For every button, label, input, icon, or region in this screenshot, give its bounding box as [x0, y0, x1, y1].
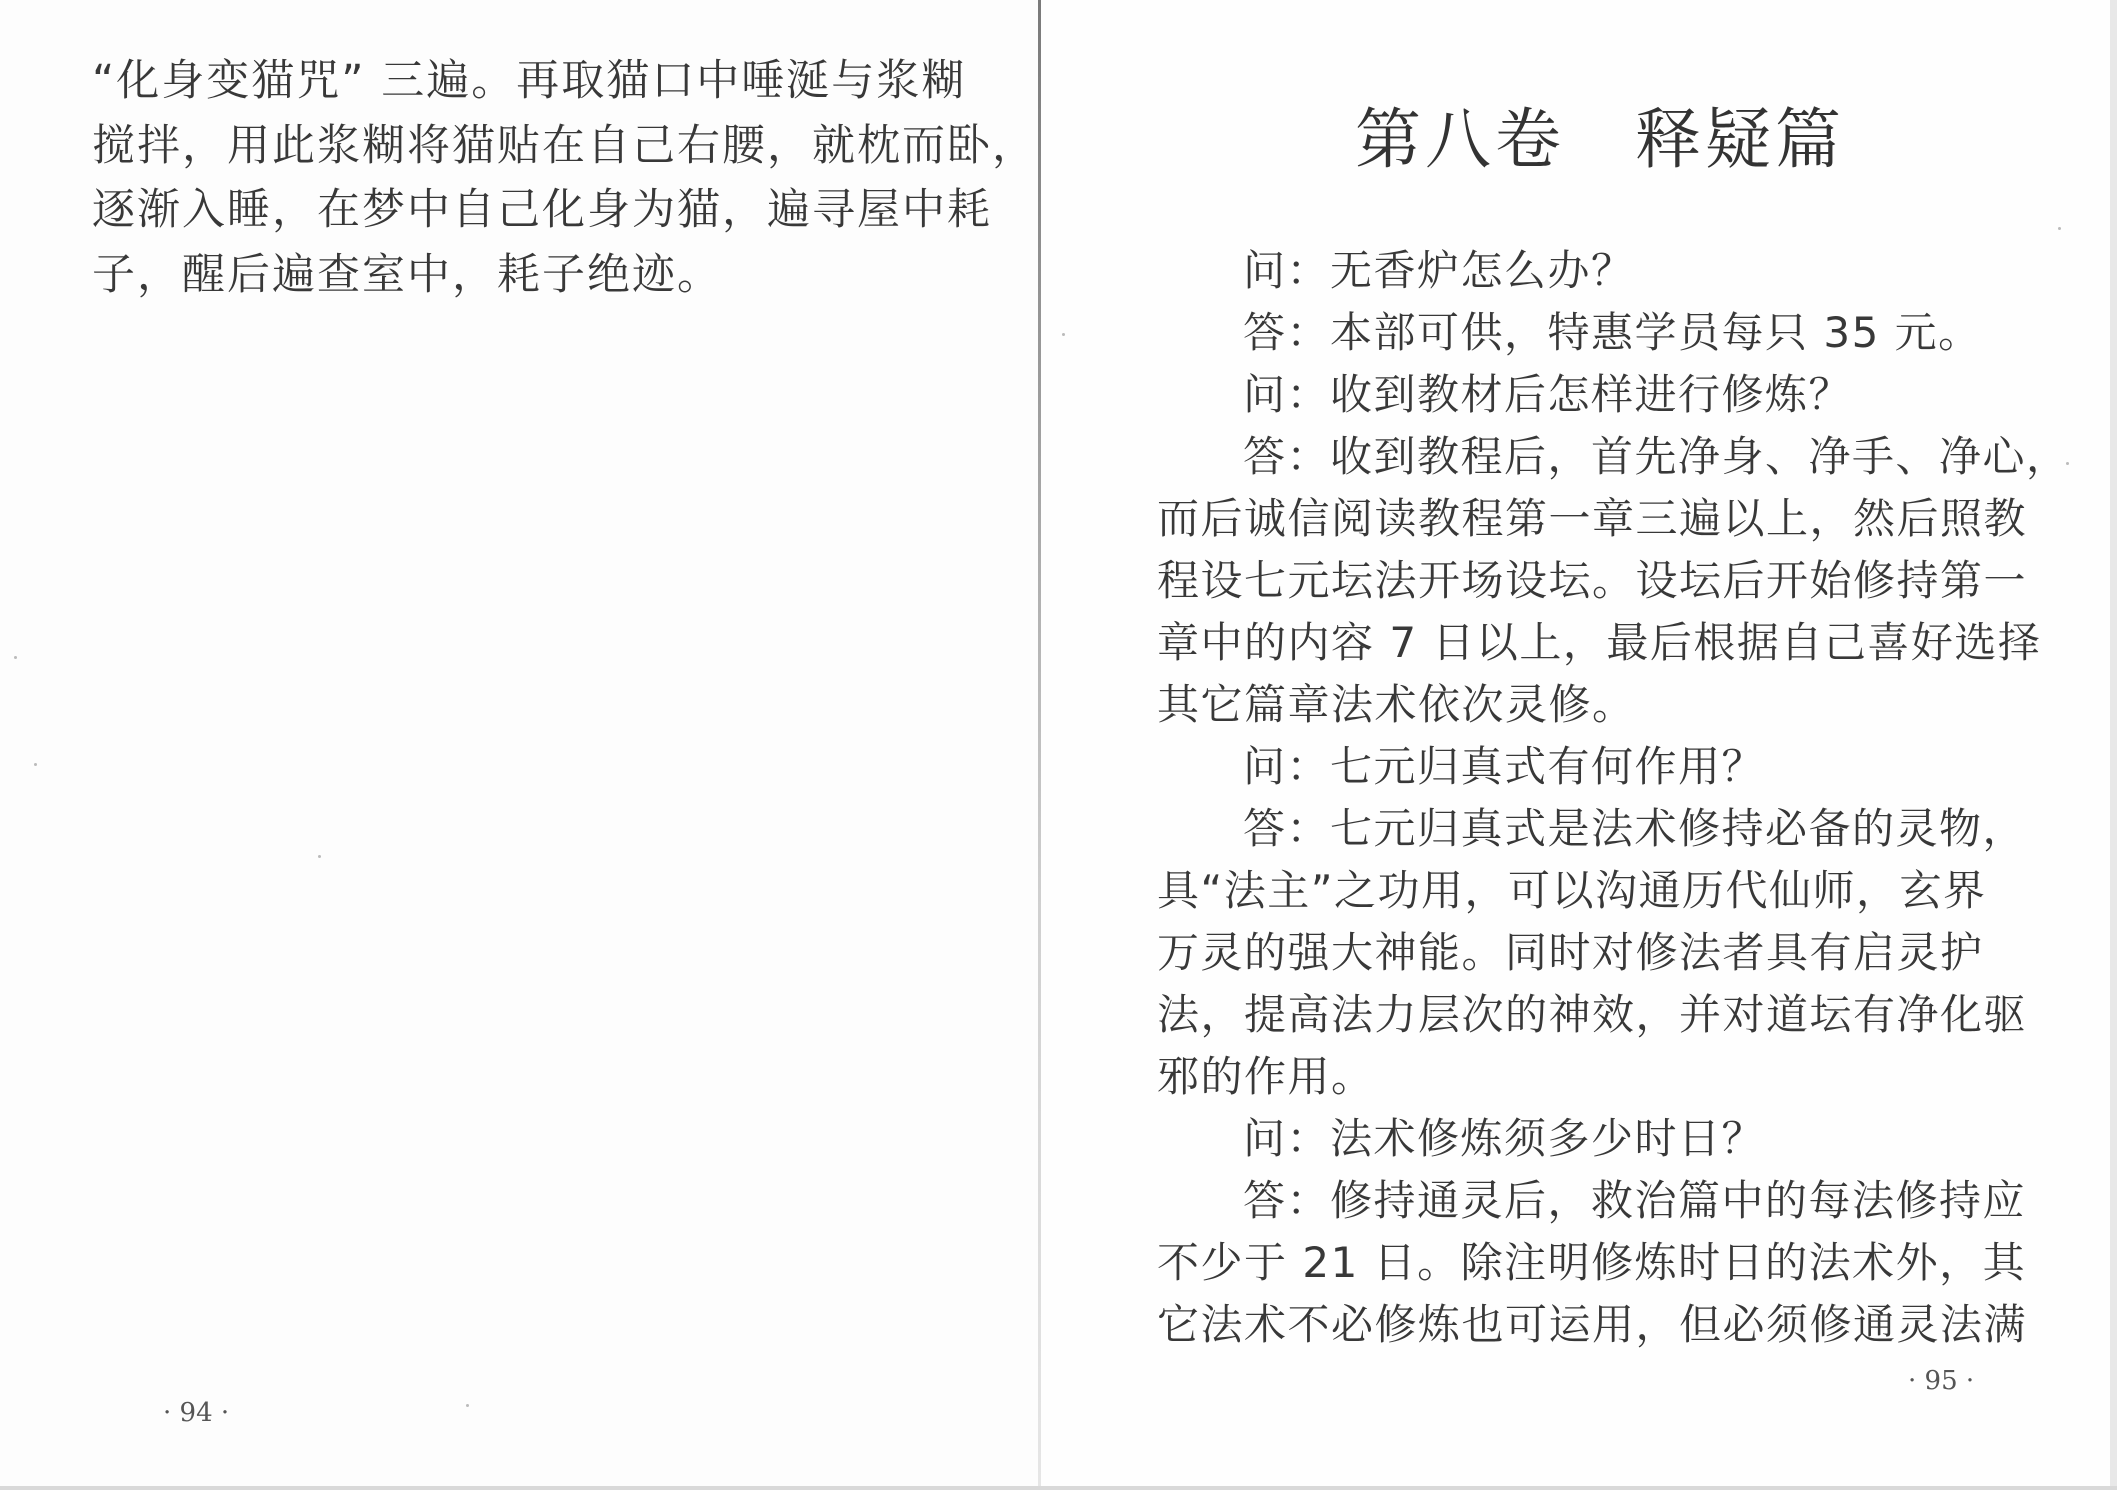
body-line: “化身变猫咒” 三遍。再取猫口中唾涎与浆糊	[92, 56, 966, 106]
question-line: 问：七元归真式有何作用？	[1243, 742, 1765, 792]
question-line: 问：法术修炼须多少时日？	[1243, 1114, 1765, 1164]
chapter-title: 第八卷释疑篇	[1355, 100, 1845, 180]
scan-speck	[466, 1404, 469, 1407]
page-number-left: · 94 ·	[163, 1398, 229, 1428]
answer-line: 答：七元归真式是法术修持必备的灵物，	[1243, 804, 2026, 854]
body-line: 而后诚信阅读教程第一章三遍以上，然后照教	[1157, 494, 2027, 544]
scan-speck	[14, 656, 17, 659]
answer-line: 答：修持通灵后，救治篇中的每法修持应	[1243, 1176, 2026, 1226]
book-spread: “化身变猫咒” 三遍。再取猫口中唾涎与浆糊 搅拌，用此浆糊将猫贴在自己右腰，就枕…	[0, 0, 2117, 1490]
chapter-number: 第八卷	[1355, 101, 1565, 178]
body-line: 邪的作用。	[1157, 1052, 1375, 1102]
body-line: 逐渐入睡，在梦中自己化身为猫，遍寻屋中耗	[92, 185, 992, 235]
body-line: 章中的内容 7 日以上，最后根据自己喜好选择	[1157, 618, 2041, 668]
body-line: 程设七元坛法开场设坛。设坛后开始修持第一	[1157, 556, 2027, 606]
scan-edge-bottom	[0, 1486, 2117, 1490]
body-line: 搅拌，用此浆糊将猫贴在自己右腰，就枕而卧，	[92, 121, 1037, 171]
body-line: 万灵的强大神能。同时对修法者具有启灵护	[1157, 928, 1984, 978]
body-line: 它法术不必修炼也可运用，但必须修通灵法满	[1157, 1300, 2027, 1350]
scan-speck	[318, 855, 321, 858]
answer-line: 答：本部可供，特惠学员每只 35 元。	[1243, 308, 1982, 358]
body-line: 其它篇章法术依次灵修。	[1157, 680, 1636, 730]
page-number-right: · 95 ·	[1908, 1366, 1974, 1396]
chapter-name: 释疑篇	[1635, 101, 1845, 178]
scan-speck	[2058, 227, 2061, 230]
body-line: 法，提高法力层次的神效，并对道坛有净化驱	[1157, 990, 2027, 1040]
answer-line: 答：收到教程后，首先净身、净手、净心，	[1243, 432, 2070, 482]
scan-speck	[34, 763, 37, 766]
scan-speck	[2066, 462, 2069, 465]
left-page: “化身变猫咒” 三遍。再取猫口中唾涎与浆糊 搅拌，用此浆糊将猫贴在自己右腰，就枕…	[0, 0, 1040, 1487]
book-spine	[1038, 0, 1041, 1487]
question-line: 问：无香炉怎么办？	[1243, 246, 1635, 296]
body-line: 不少于 21 日。除注明修炼时日的法术外，其	[1157, 1238, 2026, 1288]
scan-edge-right	[2110, 0, 2117, 1490]
body-line: 具“法主”之功用，可以沟通历代仙师，玄界	[1157, 866, 1987, 916]
question-line: 问：收到教材后怎样进行修炼？	[1243, 370, 1852, 420]
scan-speck	[1166, 569, 1169, 572]
body-line: 子，醒后遍查室中，耗子绝迹。	[92, 250, 722, 300]
scan-speck	[1062, 333, 1065, 336]
